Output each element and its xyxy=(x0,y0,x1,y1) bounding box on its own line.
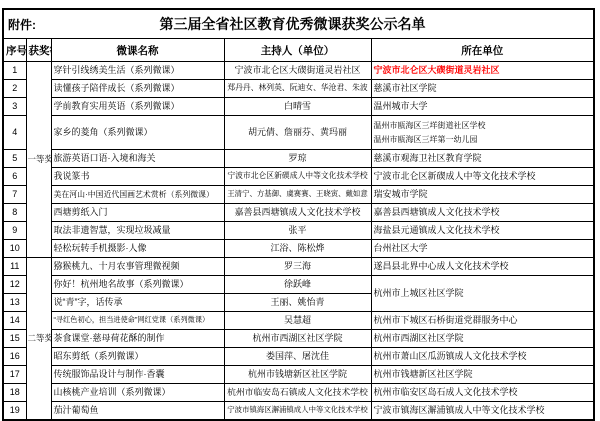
cell-no: 4 xyxy=(3,116,26,150)
table-row: 17传统服饰品设计与制作·香囊杭州市钱塘新区社区学院杭州市钱塘新区社区学院 xyxy=(3,366,594,384)
table-row: 9取法非遗智慧，实现垃圾减量张平海盐县元通镇成人文化技术学校 xyxy=(3,222,594,240)
cell-title: 说“青”字，话传承 xyxy=(51,294,224,312)
cell-unit: 嘉善县西塘镇成人文化技术学校 xyxy=(371,204,594,222)
cell-host: 王丽、姚怡青 xyxy=(224,294,371,312)
cell-unit: 温州城市大学 xyxy=(371,98,594,116)
cell-unit-line: 海盐县元通镇成人文化技术学校 xyxy=(374,225,500,235)
cell-no: 2 xyxy=(3,80,26,98)
attachment-label: 附件: xyxy=(8,16,36,33)
cell-host: 郑丹丹、林列英、阮迪女、华沧君、朱波 xyxy=(224,80,371,98)
cell-unit: 杭州市钱塘新区社区学院 xyxy=(371,366,594,384)
table-row: 5旅游英语口语·入境和海关罗琼慈溪市观海卫社区教育学院 xyxy=(3,150,594,168)
award-announcement-document: 附件: 第三届全省社区教育优秀微课获奖公示名单 序号 获奖等级 微课名称 主持人… xyxy=(2,8,595,400)
cell-unit: 遂昌县北界中心成人文化技术学校 xyxy=(371,258,594,276)
cell-host: 娄国萍、屠沈佳 xyxy=(224,348,371,366)
cell-host: 胡元倩、詹丽芬、黄玛丽 xyxy=(224,116,371,150)
table-row: 18山核桃产业培训（系列微课）杭州市临安岛石镇成人文化技术学校杭州市临安区岛石成… xyxy=(3,384,594,401)
cell-title: 家乡的菱角（系列微课） xyxy=(51,116,224,150)
cell-unit-line: 杭州市萧山区瓜沥镇成人文化技术学校 xyxy=(374,351,527,361)
cell-title: 我说篆书 xyxy=(51,168,224,186)
cell-unit-line: 杭州市临安区岛石成人文化技术学校 xyxy=(374,387,518,397)
cell-grade: 一等奖 xyxy=(26,62,51,258)
table-row: 14“寻红色初心，担当进使命”网红党课（系列微课）吴慧超杭州市下城区石桥街道党群… xyxy=(3,312,594,330)
table-row: 4家乡的菱角（系列微课）胡元倩、詹丽芬、黄玛丽温州市瓯海区三垟街道社区学校温州市… xyxy=(3,116,594,150)
cell-no: 15 xyxy=(3,330,26,348)
table-row: 7美在河山·中国近代国画艺术赏析（系列微课）王清宁、方基御、虞赛赛、王晓寅、戴如… xyxy=(3,186,594,204)
cell-title: 昭东剪纸（系列微课） xyxy=(51,348,224,366)
cell-no: 5 xyxy=(3,150,26,168)
table-row: 8西塘剪纸入门嘉善县西塘镇成人文化技术学校嘉善县西塘镇成人文化技术学校 xyxy=(3,204,594,222)
col-header-host: 主持人（单位） xyxy=(224,39,371,62)
cell-host: 王清宁、方基御、虞赛赛、王晓寅、戴如意 xyxy=(224,186,371,204)
cell-unit: 慈溪市观海卫社区教育学院 xyxy=(371,150,594,168)
table-row: 12你好！杭州地名故事（系列微课）徐跃峰杭州市上城区社区学院 xyxy=(3,276,594,294)
cell-grade: 二等奖 xyxy=(26,258,51,401)
cell-title: 取法非遗智慧，实现垃圾减量 xyxy=(51,222,224,240)
col-header-course-name: 微课名称 xyxy=(51,39,224,62)
cell-no: 8 xyxy=(3,204,26,222)
cell-unit-line: 温州市瓯海区三垟第一幼儿园 xyxy=(374,135,478,144)
cell-title: 读懂孩子陪伴成长（系列微课） xyxy=(51,80,224,98)
cell-unit-line: 慈溪市社区学院 xyxy=(374,83,437,93)
cell-unit-line: 瑞安城市学院 xyxy=(374,189,428,199)
cell-no: 6 xyxy=(3,168,26,186)
cell-unit-line: 温州市瓯海区三垟街道社区学校 xyxy=(374,121,486,130)
page-title: 第三届全省社区教育优秀微课获奖公示名单 xyxy=(36,14,549,34)
cell-no: 11 xyxy=(3,258,26,276)
cell-title: “寻红色初心，担当进使命”网红党课（系列微课） xyxy=(51,312,224,330)
cell-no: 9 xyxy=(3,222,26,240)
cell-unit-line: 温州城市大学 xyxy=(374,101,428,111)
cell-title: 山核桃产业培训（系列微课） xyxy=(51,384,224,401)
cell-host: 罗三海 xyxy=(224,258,371,276)
cell-title: 穿针引线绣美生活（系列微课） xyxy=(51,62,224,80)
cell-unit: 慈溪市社区学院 xyxy=(371,80,594,98)
cell-unit: 台州社区大学 xyxy=(371,240,594,258)
document-title-row: 附件: 第三届全省社区教育优秀微课获奖公示名单 xyxy=(3,9,594,39)
cell-host: 罗琼 xyxy=(224,150,371,168)
cell-host: 白晴雪 xyxy=(224,98,371,116)
cell-no: 10 xyxy=(3,240,26,258)
cell-no: 14 xyxy=(3,312,26,330)
cell-title: 你好！杭州地名故事（系列微课） xyxy=(51,276,224,294)
table-row: 3学前教育实用英语（系列微课）白晴雪温州城市大学 xyxy=(3,98,594,116)
cell-title: 西塘剪纸入门 xyxy=(51,204,224,222)
cell-unit-line: 杭州市上城区社区学院 xyxy=(374,288,464,298)
table-row: 15茶食课堂·慈母荷花酥的制作杭州市西湖区社区学院杭州市西湖区社区学院 xyxy=(3,330,594,348)
cell-no: 16 xyxy=(3,348,26,366)
cell-host: 杭州市钱塘新区社区学院 xyxy=(224,366,371,384)
cell-unit-line: 杭州市钱塘新区社区学院 xyxy=(374,369,473,379)
table-row: 11二等奖猕猴桃九、十月农事管理微视频罗三海遂昌县北界中心成人文化技术学校 xyxy=(3,258,594,276)
cell-no: 17 xyxy=(3,366,26,384)
col-header-grade: 获奖等级 xyxy=(26,39,51,62)
cell-unit-line: 宁波市北仑区大碶街道灵岩社区 xyxy=(374,65,500,75)
cell-host: 江浴、陈松烨 xyxy=(224,240,371,258)
cell-unit-line: 杭州市下城区石桥街道党群服务中心 xyxy=(374,315,518,325)
col-header-no: 序号 xyxy=(3,39,26,62)
cell-no: 1 xyxy=(3,62,26,80)
cell-host: 宁波市北仑区新碶成人中等文化技术学校 xyxy=(224,168,371,186)
cell-title: 猕猴桃九、十月农事管理微视频 xyxy=(51,258,224,276)
table-row: 2读懂孩子陪伴成长（系列微课）郑丹丹、林列英、阮迪女、华沧君、朱波慈溪市社区学院 xyxy=(3,80,594,98)
table-row: 10轻松玩转手机摄影·人像江浴、陈松烨台州社区大学 xyxy=(3,240,594,258)
cell-title: 旅游英语口语·入境和海关 xyxy=(51,150,224,168)
award-table: 附件: 第三届全省社区教育优秀微课获奖公示名单 序号 获奖等级 微课名称 主持人… xyxy=(2,8,595,400)
cell-unit: 海盐县元通镇成人文化技术学校 xyxy=(371,222,594,240)
cell-title: 美在河山·中国近代国画艺术赏析（系列微课） xyxy=(51,186,224,204)
cell-title: 轻松玩转手机摄影·人像 xyxy=(51,240,224,258)
table-row: 1一等奖穿针引线绣美生活（系列微课）宁波市北仑区大碶街道灵岩社区宁波市北仑区大碶… xyxy=(3,62,594,80)
cell-host: 张平 xyxy=(224,222,371,240)
cell-host: 杭州市临安岛石镇成人文化技术学校 xyxy=(224,384,371,401)
cell-title: 学前教育实用英语（系列微课） xyxy=(51,98,224,116)
cell-host: 嘉善县西塘镇成人文化技术学校 xyxy=(224,204,371,222)
cell-host: 杭州市西湖区社区学院 xyxy=(224,330,371,348)
cell-no: 3 xyxy=(3,98,26,116)
cell-unit: 杭州市下城区石桥街道党群服务中心 xyxy=(371,312,594,330)
col-header-unit: 所在单位 xyxy=(371,39,594,62)
cell-unit: 瑞安城市学院 xyxy=(371,186,594,204)
cell-unit-line: 杭州市西湖区社区学院 xyxy=(374,333,464,343)
cell-host: 宁波市北仑区大碶街道灵岩社区 xyxy=(224,62,371,80)
cell-unit: 杭州市萧山区瓜沥镇成人文化技术学校 xyxy=(371,348,594,366)
cell-unit-line: 遂昌县北界中心成人文化技术学校 xyxy=(374,261,509,271)
table-header-row: 序号 获奖等级 微课名称 主持人（单位） 所在单位 xyxy=(3,39,594,62)
cell-title: 传统服饰品设计与制作·香囊 xyxy=(51,366,224,384)
cell-unit-line: 宁波市北仑区新碶成人中等文化技术学校 xyxy=(374,171,536,181)
table-body: 1一等奖穿针引线绣美生活（系列微课）宁波市北仑区大碶街道灵岩社区宁波市北仑区大碶… xyxy=(3,62,594,401)
cell-unit: 杭州市西湖区社区学院 xyxy=(371,330,594,348)
cell-host: 吴慧超 xyxy=(224,312,371,330)
cell-unit-line: 慈溪市观海卫社区教育学院 xyxy=(374,153,482,163)
cell-title: 茶食课堂·慈母荷花酥的制作 xyxy=(51,330,224,348)
table-row: 6我说篆书宁波市北仑区新碶成人中等文化技术学校宁波市北仑区新碶成人中等文化技术学… xyxy=(3,168,594,186)
cell-unit: 温州市瓯海区三垟街道社区学校温州市瓯海区三垟第一幼儿园 xyxy=(371,116,594,150)
cell-unit: 杭州市临安区岛石成人文化技术学校 xyxy=(371,384,594,401)
cell-no: 7 xyxy=(3,186,26,204)
cell-unit-line: 嘉善县西塘镇成人文化技术学校 xyxy=(374,207,500,217)
cell-unit-line: 台州社区大学 xyxy=(374,243,428,253)
cell-host: 徐跃峰 xyxy=(224,276,371,294)
table-row: 16昭东剪纸（系列微课）娄国萍、屠沈佳杭州市萧山区瓜沥镇成人文化技术学校 xyxy=(3,348,594,366)
cell-no: 18 xyxy=(3,384,26,401)
cell-unit: 杭州市上城区社区学院 xyxy=(371,276,594,312)
cell-unit: 宁波市北仑区新碶成人中等文化技术学校 xyxy=(371,168,594,186)
cell-no: 12 xyxy=(3,276,26,294)
cell-unit: 宁波市北仑区大碶街道灵岩社区 xyxy=(371,62,594,80)
cell-no: 13 xyxy=(3,294,26,312)
